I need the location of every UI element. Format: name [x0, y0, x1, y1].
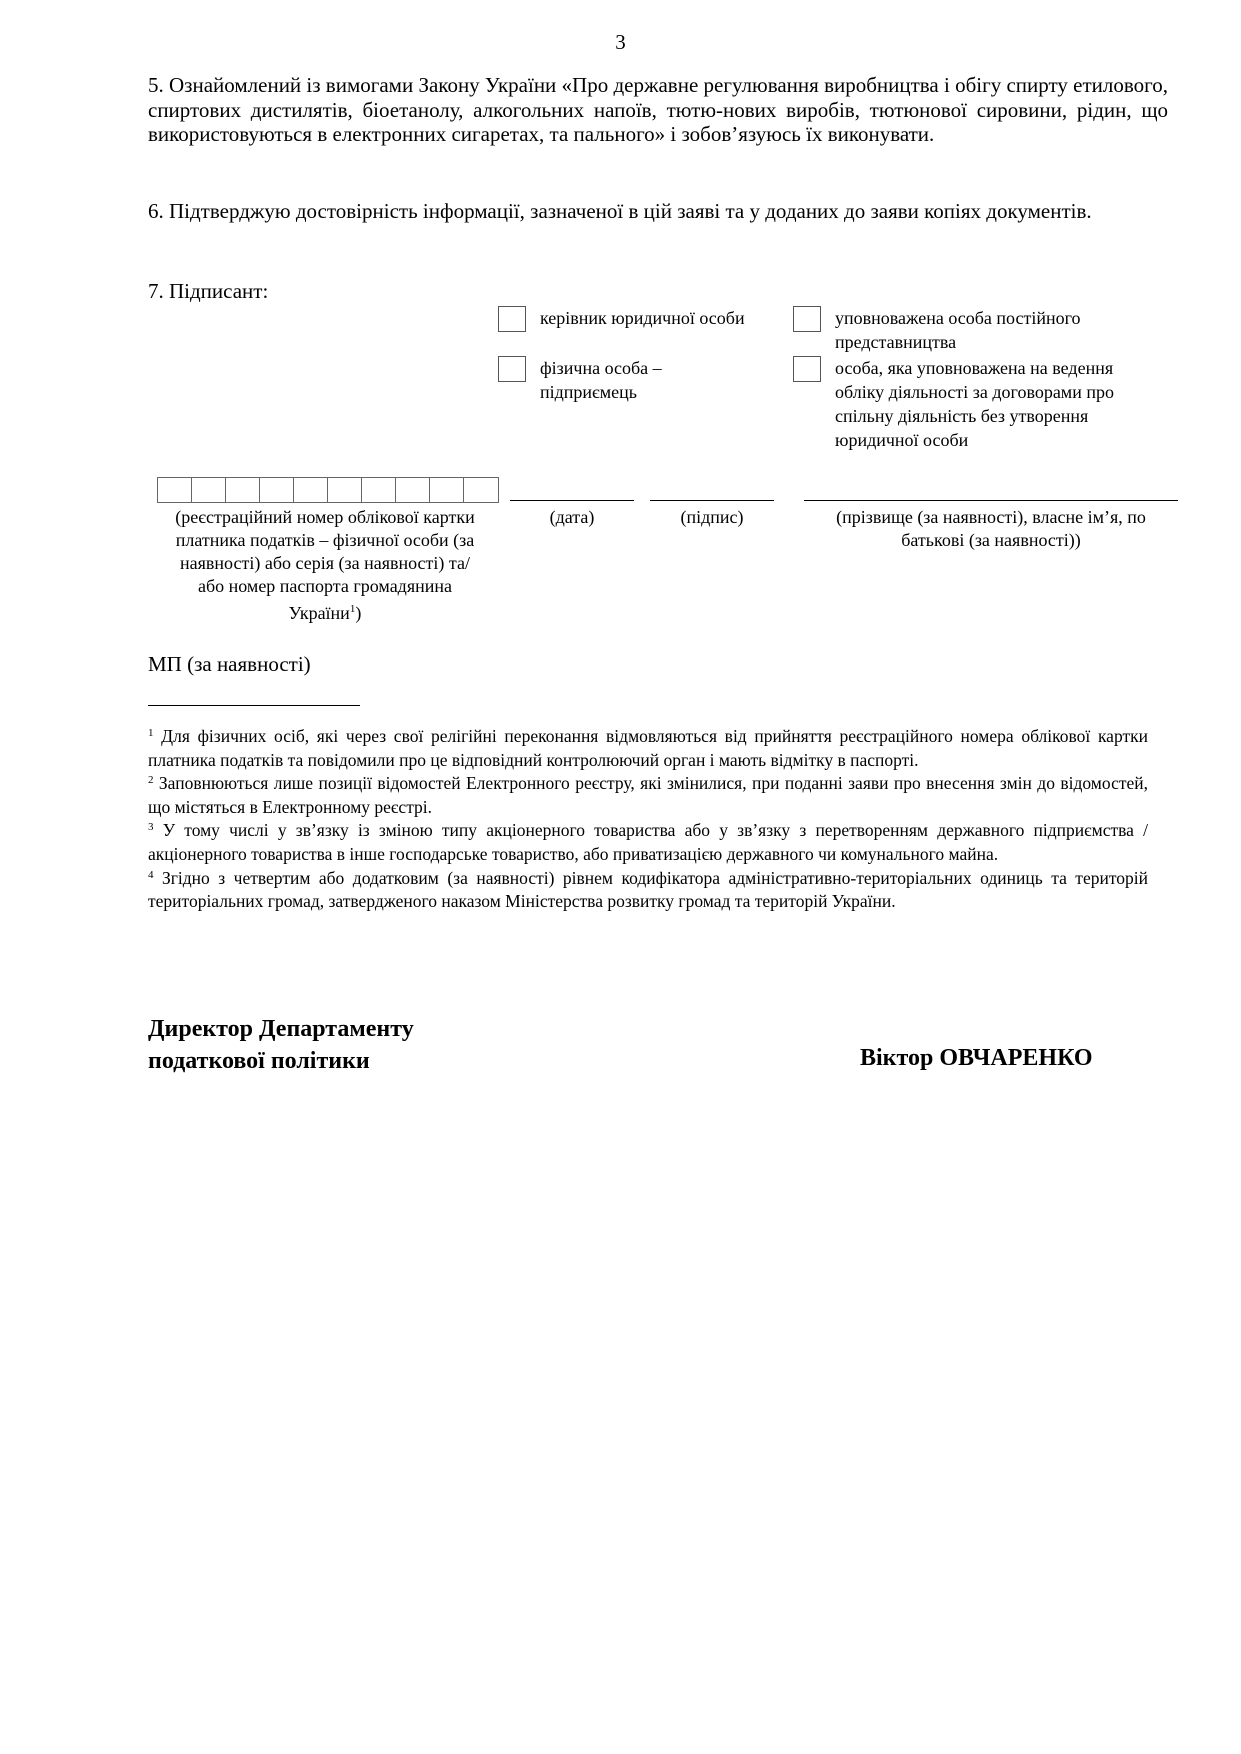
signoff-name: Віктор ОВЧАРЕНКО	[860, 1045, 1093, 1072]
signoff-position-line-1: Директор Департаменту	[148, 1013, 414, 1045]
checkbox-label-joint-activity-accounting-person: особа, яка уповноважена на ведення облік…	[835, 356, 1165, 452]
signoff-position: Директор Департаменту податкової політик…	[148, 1013, 414, 1077]
checkbox-individual-entrepreneur[interactable]	[498, 356, 526, 382]
signoff-position-line-2: податкової політики	[148, 1045, 414, 1077]
footnote-text: Згідно з четвертим або додатковим (за на…	[148, 868, 1148, 912]
registration-number-cell[interactable]	[464, 478, 498, 502]
item-5-paragraph: 5. Ознайомлений із вимогами Закону Украї…	[148, 73, 1168, 147]
checkbox-label-individual-entrepreneur: фізична особа – підприємець	[540, 356, 720, 404]
registration-number-caption-text: (реєстраційний номер облікової картки пл…	[175, 507, 474, 623]
signature-caption: (підпис)	[650, 506, 774, 529]
checkbox-joint-activity-accounting-person[interactable]	[793, 356, 821, 382]
date-caption: (дата)	[510, 506, 634, 529]
stamp-label: МП (за наявності)	[148, 652, 311, 677]
checkbox-authorized-person-permanent-establishment[interactable]	[793, 306, 821, 332]
registration-number-cell[interactable]	[192, 478, 226, 502]
signature-field-line[interactable]	[650, 500, 774, 501]
registration-number-caption: (реєстраційний номер облікової картки пл…	[170, 506, 480, 625]
registration-number-cell[interactable]	[328, 478, 362, 502]
full-name-caption: (прізвище (за наявності), власне ім’я, п…	[814, 506, 1168, 552]
caption-close-paren: )	[355, 603, 361, 623]
full-name-field-line[interactable]	[804, 500, 1178, 501]
footnote-3: 3 У тому числі у зв’язку із зміною типу …	[148, 819, 1148, 866]
registration-number-cell[interactable]	[158, 478, 192, 502]
checkbox-label-authorized-person-permanent-establishment: уповноважена особа постійного представни…	[835, 306, 1155, 354]
registration-number-cell[interactable]	[396, 478, 430, 502]
date-field-line[interactable]	[510, 500, 634, 501]
registration-number-field[interactable]	[157, 477, 499, 503]
footnote-text: Заповнюються лише позиції відомостей Еле…	[148, 773, 1148, 817]
footnote-1: 1 Для фізичних осіб, які через свої релі…	[148, 725, 1148, 772]
registration-number-cell[interactable]	[226, 478, 260, 502]
footnote-2: 2 Заповнюються лише позиції відомостей Е…	[148, 772, 1148, 819]
footnote-4: 4 Згідно з четвертим або додатковим (за …	[148, 867, 1148, 914]
footnote-separator	[148, 705, 360, 706]
item-7-signatory-heading: 7. Підписант:	[148, 279, 1168, 304]
checkbox-label-head-of-legal-entity: керівник юридичної особи	[540, 306, 790, 330]
registration-number-cell[interactable]	[260, 478, 294, 502]
registration-number-cell[interactable]	[430, 478, 464, 502]
page-number: 3	[0, 30, 1241, 55]
registration-number-cell[interactable]	[294, 478, 328, 502]
footnote-text: У тому числі у зв’язку із зміною типу ак…	[148, 820, 1148, 864]
registration-number-cell[interactable]	[362, 478, 396, 502]
checkbox-head-of-legal-entity[interactable]	[498, 306, 526, 332]
footnote-text: Для фізичних осіб, які через свої релігі…	[148, 726, 1148, 770]
item-6-paragraph: 6. Підтверджую достовірність інформації,…	[148, 199, 1168, 224]
footnotes: 1 Для фізичних осіб, які через свої релі…	[148, 725, 1148, 914]
